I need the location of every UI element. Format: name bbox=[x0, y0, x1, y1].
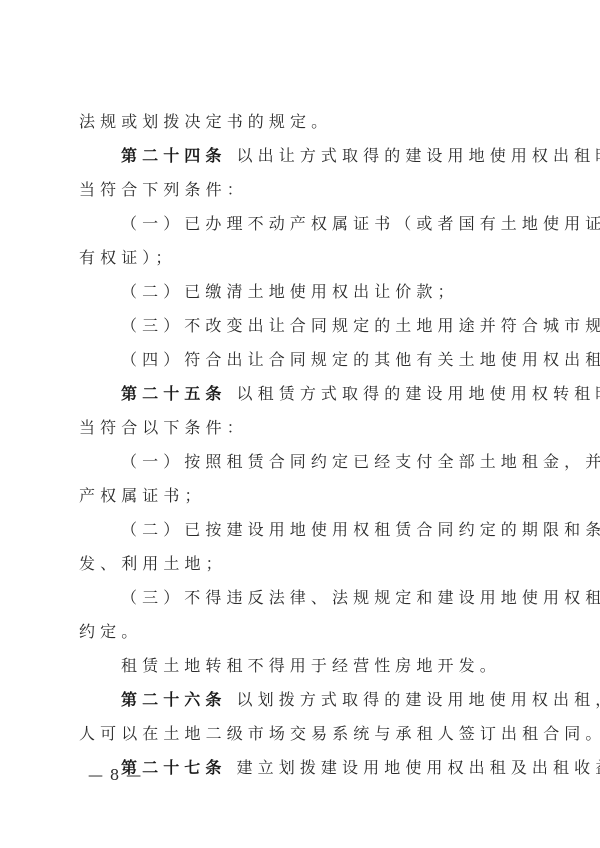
article-number: 第二十四条 bbox=[121, 146, 227, 165]
clause-line: （一）已办理不动产权属证书（或者国有土地使用证、房屋所 bbox=[121, 212, 525, 236]
article-26-heading-line: 第二十六条以划拨方式取得的建设用地使用权出租，出租 bbox=[121, 688, 525, 712]
article-number: 第二十六条 bbox=[121, 690, 227, 709]
article-25-heading-line: 第二十五条以租赁方式取得的建设用地使用权转租时，应 bbox=[121, 382, 525, 406]
article-27-heading-line: 第二十七条建立划拨建设用地使用权出租及出租收益年度 bbox=[121, 756, 525, 780]
clause-line: （二）已缴清土地使用权出让价款； bbox=[121, 280, 525, 304]
clause-line: （三）不改变出让合同规定的土地用途并符合城市规划要求； bbox=[121, 314, 525, 338]
text-line: 约定。 bbox=[79, 620, 525, 644]
article-number: 第二十五条 bbox=[121, 384, 227, 403]
clause-line: （二）已按建设用地使用权租赁合同约定的期限和条件投资开 bbox=[121, 518, 525, 542]
article-text: 以租赁方式取得的建设用地使用权转租时，应 bbox=[237, 384, 600, 403]
clause-line: （一）按照租赁合同约定已经支付全部土地租金，并取得不动 bbox=[121, 450, 525, 474]
text-line: 当符合下列条件： bbox=[79, 178, 525, 202]
article-text: 以划拨方式取得的建设用地使用权出租，出租 bbox=[237, 690, 600, 709]
text-line: 人可以在土地二级市场交易系统与承租人签订出租合同。 bbox=[79, 722, 525, 746]
paragraph-line: 租赁土地转租不得用于经营性房地开发。 bbox=[121, 654, 525, 678]
page-number: — 8 — bbox=[88, 763, 142, 787]
article-text: 建立划拨建设用地使用权出租及出租收益年度 bbox=[237, 758, 600, 777]
clause-line: （四）符合出让合同规定的其他有关土地使用权出租的条件。 bbox=[121, 348, 525, 372]
text-line: 产权属证书； bbox=[79, 484, 525, 508]
clause-line: （三）不得违反法律、法规规定和建设用地使用权租赁合同的 bbox=[121, 586, 525, 610]
text-line: 发、利用土地； bbox=[79, 552, 525, 576]
article-24-heading-line: 第二十四条以出让方式取得的建设用地使用权出租时，应 bbox=[121, 144, 525, 168]
document-page: 法规或划拨决定书的规定。 第二十四条以出让方式取得的建设用地使用权出租时，应 当… bbox=[0, 0, 600, 848]
article-text: 以出让方式取得的建设用地使用权出租时，应 bbox=[237, 146, 600, 165]
text-line: 有权证）； bbox=[79, 246, 525, 270]
text-line: 当符合以下条件： bbox=[79, 416, 525, 440]
text-line: 法规或划拨决定书的规定。 bbox=[79, 110, 525, 134]
